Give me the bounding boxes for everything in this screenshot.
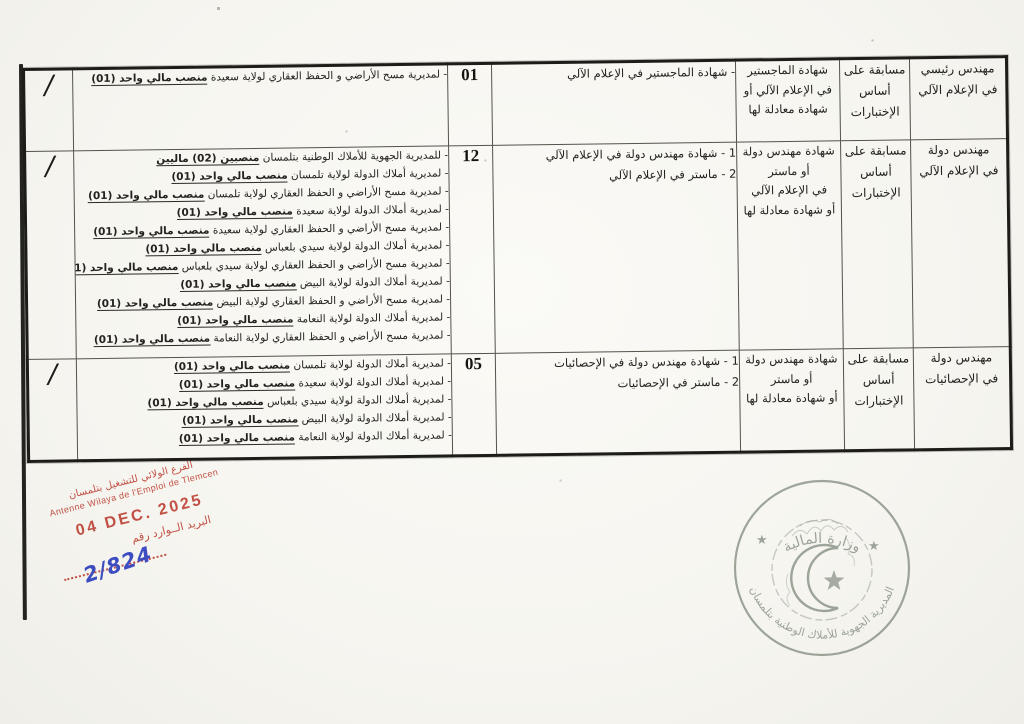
assignment-underlined-count: منصب مالي واحد (01) [171, 170, 287, 185]
text-line: الإختبارات [842, 182, 911, 204]
assignment-underlined-count: منصب مالي واحد (01) [179, 377, 295, 392]
assignment-underlined-count: منصب مالي واحد (01) [88, 189, 204, 204]
assignment-underlined-count: منصبين (02) ماليين [156, 152, 259, 166]
seal-bottom-text: المديرية الجهوية للأملاك الوطنية بتلمسان [747, 585, 897, 642]
text-line: 2 - ماستر في الإعلام الآلي [493, 164, 736, 188]
text-line: مسابقة على [844, 348, 913, 370]
cell-specialties: 1 - شهادة مهندس دولة في الإعلام الآلي2 -… [493, 142, 740, 353]
cell-required-diploma: شهادة الماجستيرفي الإعلام الآلي أوشهادة … [735, 59, 840, 142]
text-line: أساس [844, 369, 913, 391]
assignment-underlined-count: منصب مالي واحد (01) [91, 72, 207, 87]
text-line: الإختبارات [844, 390, 913, 412]
text-line: 2 - ماستر في الإحصائيات [496, 372, 739, 396]
text-line: أو شهادة معادلة لها [738, 200, 841, 221]
text-line: أو ماستر [737, 161, 840, 182]
assignment-underlined-count: منصب مالي واحد (01) [180, 277, 296, 292]
table-row: مهندس دولةفي الإحصائياتمسابقة علىأساسالإ… [27, 347, 1011, 462]
assignment-underlined-count: منصب مالي واحد (01) [94, 333, 210, 348]
text-line: أساس [840, 80, 909, 102]
text-line: في الإعلام الآلي [910, 79, 1005, 101]
assignment-underlined-count: منصب مالي واحد (01) [145, 242, 261, 257]
scanned-document-page: مهندس رئيسيفي الإعلام الآليمسابقة علىأسا… [0, 0, 1024, 724]
assignment-underlined-count: منصب مالي واحد (01) [93, 225, 209, 240]
seal-right-star-icon: ★ [868, 539, 880, 554]
cell-position-count: 01 [447, 63, 492, 146]
official-round-seal: وزارة المالية المديرية الجهوية للأملاك ا… [722, 474, 922, 666]
cell-position-count: 05 [451, 353, 496, 456]
assignment-underlined-count: منصب مالي واحد (01) [147, 396, 263, 411]
cell-grade-title: مهندس رئيسيفي الإعلام الآلي [909, 57, 1007, 140]
cell-recruitment-mode: مسابقة علىأساسالإختبارات [839, 58, 910, 141]
employment-office-stamp: الفرع الولائي للتشغيل بتلمسان Antenne Wi… [30, 450, 256, 606]
cell-assignments: - لمديرية أملاك الدولة لولاية تلمسان منص… [76, 354, 452, 461]
recruitment-table: مهندس رئيسيفي الإعلام الآليمسابقة علىأسا… [22, 55, 1013, 463]
cell-required-diploma: شهادة مهندس دولةأو ماسترفي الإعلام الآلي… [737, 141, 844, 350]
seal-star-icon [824, 570, 845, 590]
text-line: مسابقة على [841, 140, 910, 162]
text-line: في الإعلام الآلي [911, 160, 1006, 182]
assignment-underlined-count: منصب مالي واحد (01) [74, 261, 179, 276]
cell-assignments: - لمديرية مسح الأراضي و الحفظ العقاري لو… [73, 64, 449, 151]
text-line: في الإحصائيات [914, 368, 1009, 390]
cell-specialties: - شهادة الماجستير في الإعلام الآلي [491, 60, 736, 145]
cell-note-slash: / [24, 69, 74, 152]
text-line: شهادة الماجستير [736, 60, 839, 81]
seal-left-star-icon: ★ [756, 533, 768, 548]
cell-required-diploma: شهادة مهندس دولةأو ماسترأو شهادة معادلة … [739, 349, 844, 452]
cell-note-slash: / [27, 359, 77, 462]
text-line: - شهادة الماجستير في الإعلام الآلي [492, 62, 735, 86]
assignment-line: - لمديرية أملاك الدولة لولاية النعامة من… [78, 426, 452, 449]
cell-grade-title: مهندس دولةفي الإعلام الآلي [911, 139, 1011, 348]
text-line: في الإعلام الآلي أو [736, 80, 839, 101]
assignment-line: - لمديرية مسح الأراضي و الحفظ العقاري لو… [73, 65, 447, 88]
text-line: في الإعلام الآلي [738, 180, 841, 201]
text-line: مهندس دولة [911, 139, 1006, 161]
text-line: مسابقة على [840, 59, 909, 81]
text-line: مهندس رئيسي [910, 58, 1005, 80]
assignment-underlined-count: منصب مالي واحد (01) [182, 413, 298, 428]
table-row: مهندس دولةفي الإعلام الآليمسابقة علىأساس… [25, 139, 1011, 360]
scan-noise-speckles [0, 0, 1, 1]
assignment-underlined-count: منصب مالي واحد (01) [179, 431, 295, 446]
text-line: شهادة مهندس دولة [737, 141, 840, 162]
text-line: أو ماستر [740, 369, 843, 390]
assignment-underlined-count: منصب مالي واحد (01) [174, 360, 290, 375]
cell-specialties: 1 - شهادة مهندس دولة في الإحصائيات2 - ما… [495, 350, 740, 455]
table-row: مهندس رئيسيفي الإعلام الآليمسابقة علىأسا… [24, 57, 1008, 152]
text-line: أو شهادة معادلة لها [740, 388, 843, 409]
text-line: أساس [841, 161, 910, 183]
cell-recruitment-mode: مسابقة علىأساسالإختبارات [843, 348, 914, 451]
assignment-underlined-count: منصب مالي واحد (01) [177, 313, 293, 328]
cell-position-count: 12 [449, 145, 496, 354]
text-line: مهندس دولة [914, 347, 1009, 369]
assignment-underlined-count: منصب مالي واحد (01) [97, 297, 213, 312]
cell-recruitment-mode: مسابقة علىأساسالإختبارات [841, 140, 914, 349]
assignment-line: - لمديرية مسح الأراضي و الحفظ العقاري لو… [76, 326, 450, 349]
cell-note-slash: / [25, 151, 77, 360]
cell-assignments: - للمديرية الجهوية للأملاك الوطنية بتلمس… [74, 146, 452, 359]
cell-grade-title: مهندس دولةفي الإحصائيات [913, 347, 1011, 450]
text-line: شهادة معادلة لها [736, 99, 839, 120]
text-line: شهادة مهندس دولة [740, 349, 843, 370]
assignment-underlined-count: منصب مالي واحد (01) [177, 205, 293, 220]
text-line: الإختبارات [841, 101, 910, 123]
